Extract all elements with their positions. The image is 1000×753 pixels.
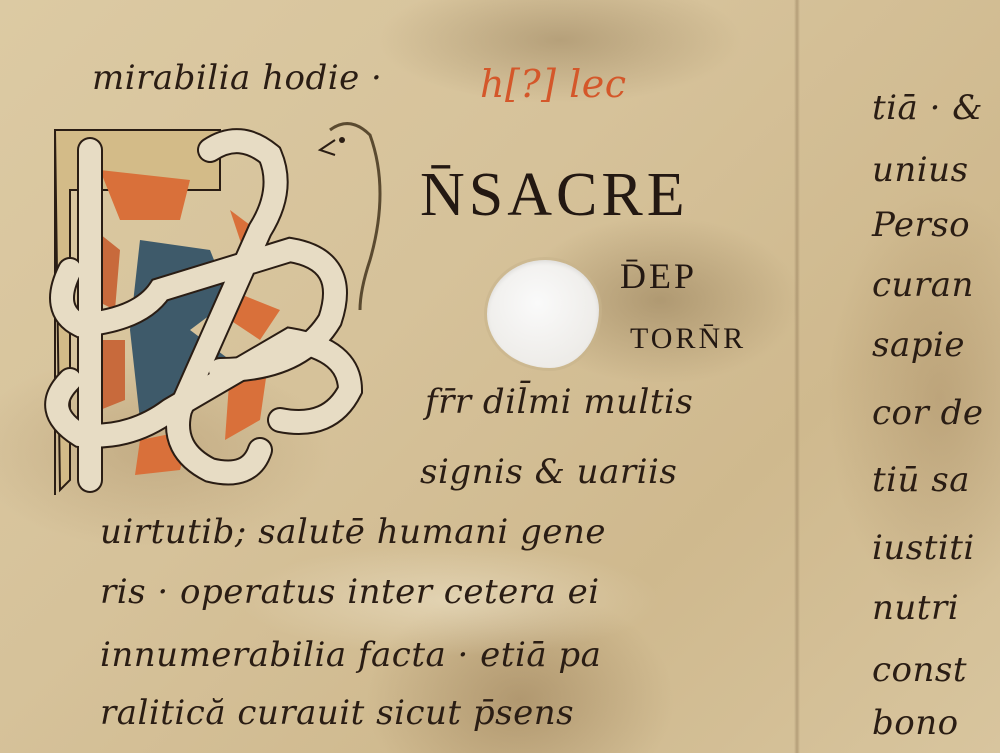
right-line-6: cor de [872, 393, 983, 433]
text-line-2: signis & uariis [420, 452, 677, 492]
right-line-8: iustiti [872, 528, 975, 568]
right-line-3: Perso [872, 205, 970, 245]
display-line-1: N̄SACRE [420, 160, 689, 231]
page-fold [794, 0, 800, 753]
illuminated-initial-icon [30, 110, 400, 510]
text-line-3: uirtutib; salutē humani gene [100, 512, 606, 552]
right-line-4: curan [872, 265, 974, 305]
right-line-9: nutri [872, 588, 959, 628]
text-line-6: ralitică curauit sicut p̄sens [100, 693, 574, 733]
header-text: mirabilia hodie · [92, 58, 382, 98]
rubric-text: h[?] lec [480, 62, 627, 106]
right-line-11: bono [872, 703, 959, 743]
display-line-2: D̄EP [620, 255, 697, 297]
text-line-4: ris · operatus inter cetera ei [100, 572, 600, 612]
right-line-2: unius [872, 150, 969, 190]
right-line-1: tiā · & [872, 88, 983, 128]
right-line-5: sapie [872, 325, 965, 365]
text-line-1: fr̄r dil̄mi multis [425, 382, 693, 422]
right-line-7: tiū sa [872, 460, 970, 500]
text-line-5: innumerabilia facta · etiā pa [100, 635, 601, 675]
display-line-3: TORN̄R [630, 322, 746, 356]
right-line-10: const [872, 650, 967, 690]
